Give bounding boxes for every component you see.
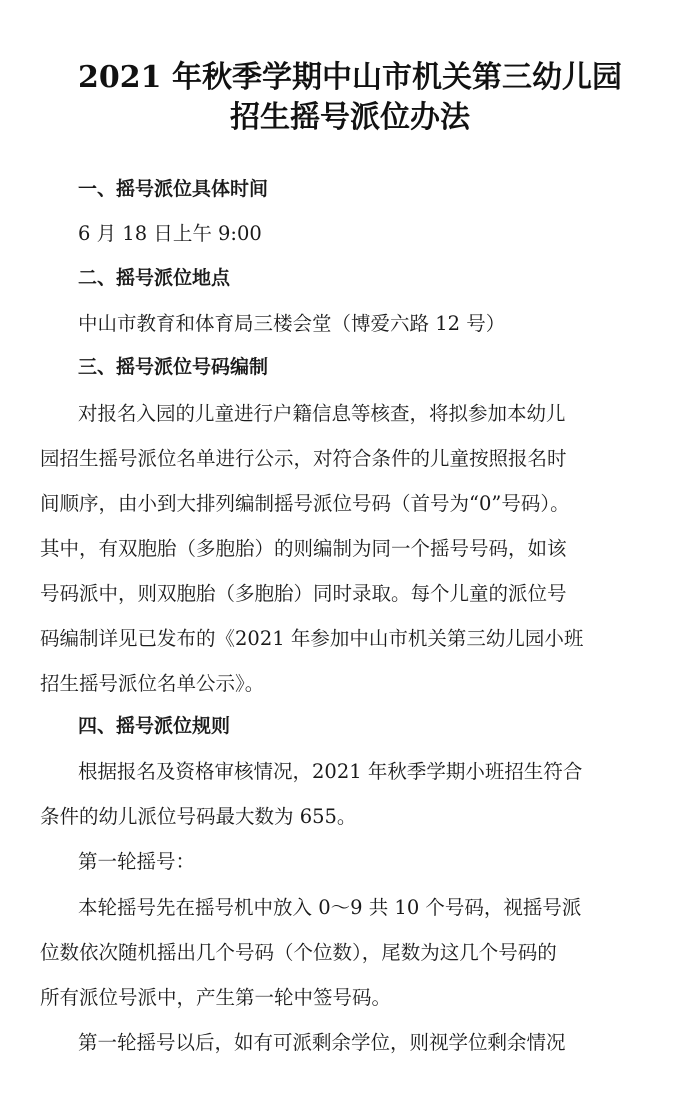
section-3-line: 间顺序，由小到大排列编制摇号派位号码（首号为“0”号码）。 [40, 488, 570, 516]
section-4-subheading: 第一轮摇号： [78, 846, 195, 874]
section-4-line: 位数依次随机摇出几个号码（个位数），尾数为这几个号码的 [40, 937, 557, 965]
section-3-line: 码编制详见已发布的《2021 年参加中山市机关第三幼儿园小班 [40, 623, 583, 651]
section-4-heading: 四、摇号派位规则 [78, 711, 230, 738]
section-3-heading: 三、摇号派位号码编制 [78, 352, 268, 379]
section-3-line: 园招生摇号派位名单进行公示，对符合条件的儿童按照报名时 [40, 443, 567, 471]
document-title-line-1: 2021 年秋季学期中山市机关第三幼儿园 [0, 52, 700, 96]
section-2-heading: 二、摇号派位地点 [78, 263, 230, 290]
section-1-text: 6 月 18 日上午 9:00 [78, 218, 262, 246]
document-title-line-2: 招生摇号派位办法 [0, 92, 700, 136]
section-1-heading: 一、摇号派位具体时间 [78, 174, 268, 201]
section-4-line: 条件的幼儿派位号码最大数为 655。 [40, 801, 356, 829]
section-4-line: 根据报名及资格审核情况，2021 年秋季学期小班招生符合 [78, 756, 582, 784]
section-3-line: 对报名入园的儿童进行户籍信息等核查，将拟参加本幼儿 [78, 398, 566, 426]
section-3-line: 其中，有双胞胎（多胞胎）的则编制为同一个摇号号码，如该 [40, 533, 567, 561]
section-4-line: 第一轮摇号以后，如有可派剩余学位，则视学位剩余情况 [78, 1027, 566, 1055]
document-page: 2021 年秋季学期中山市机关第三幼儿园 招生摇号派位办法 一、摇号派位具体时间… [0, 0, 700, 1103]
section-3-line: 号码派中，则双胞胎（多胞胎）同时录取。每个儿童的派位号 [40, 578, 567, 606]
section-3-line: 招生摇号派位名单公示》。 [40, 668, 264, 696]
section-2-text: 中山市教育和体育局三楼会堂（博爱六路 12 号） [78, 308, 505, 336]
section-4-line: 所有派位号派中，产生第一轮中签号码。 [40, 982, 391, 1010]
section-4-line: 本轮摇号先在摇号机中放入 0～9 共 10 个号码，视摇号派 [78, 892, 581, 920]
